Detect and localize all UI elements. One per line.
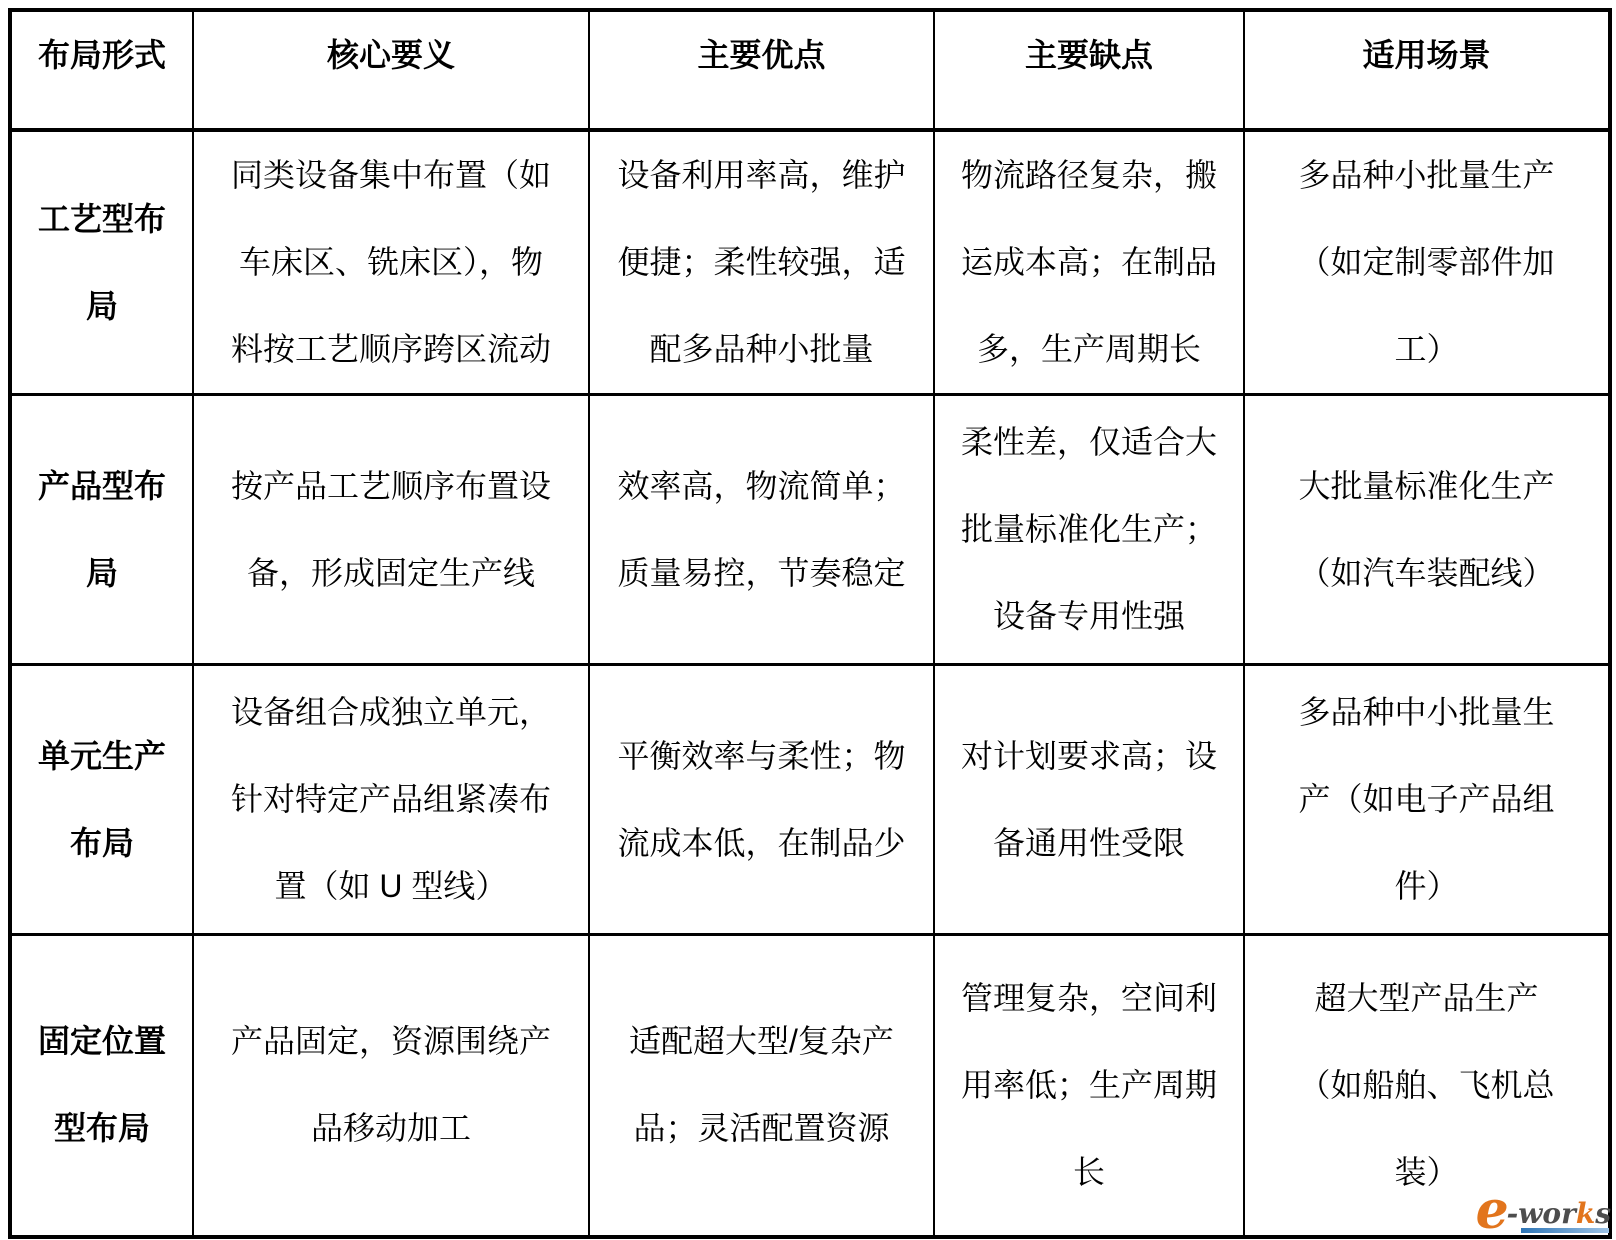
logo-text-wor: -wor (1507, 1197, 1576, 1230)
cell-layout-name: 单元生产布局 (10, 665, 193, 935)
table-row-product-layout: 产品型布局 按产品工艺顺序布置设备，形成固定生产线 效率高，物流简单；质量易控，… (10, 395, 1610, 665)
cell-layout-name: 工艺型布局 (10, 130, 193, 395)
col-header-layout-type: 布局形式 (10, 10, 193, 130)
cell-text: 产品型布局 (32, 443, 173, 617)
cell-text: 设备利用率高，维护便捷；柔性较强，适配多品种小批量 (611, 132, 912, 393)
logo-text-k: k (1576, 1197, 1595, 1230)
eworks-logo-wordmark: -works (1507, 1199, 1611, 1233)
col-header-disadvantages: 主要缺点 (934, 10, 1244, 130)
table-row-process-layout: 工艺型布局 同类设备集中布置（如车床区、铣床区），物料按工艺顺序跨区流动 设备利… (10, 130, 1610, 395)
cell-text: 同类设备集中布置（如车床区、铣床区），物料按工艺顺序跨区流动 (225, 132, 558, 393)
cell-core-essentials: 同类设备集中布置（如车床区、铣床区），物料按工艺顺序跨区流动 (193, 130, 589, 395)
cell-core-essentials: 设备组合成独立单元，针对特定产品组紧凑布置（如 U 型线） (193, 665, 589, 935)
production-layout-comparison-table: 布局形式 核心要义 主要优点 主要缺点 适用场景 工艺型布局 同类设备集中布置（… (8, 8, 1612, 1239)
cell-disadvantages: 对计划要求高；设备通用性受限 (934, 665, 1244, 935)
cell-text: 工艺型布局 (32, 176, 173, 350)
cell-text: 设备组合成独立单元，针对特定产品组紧凑布置（如 U 型线） (225, 669, 558, 930)
cell-scenarios: 大批量标准化生产（如汽车装配线） (1244, 395, 1610, 665)
cell-advantages: 适配超大型/复杂产品；灵活配置资源 (589, 935, 934, 1237)
cell-text: 超大型产品生产（如船舶、飞机总装） (1292, 955, 1561, 1216)
cell-core-essentials: 产品固定，资源围绕产品移动加工 (193, 935, 589, 1237)
cell-text: 多品种中小批量生产（如电子产品组件） (1292, 669, 1561, 930)
cell-core-essentials: 按产品工艺顺序布置设备，形成固定生产线 (193, 395, 589, 665)
cell-disadvantages: 物流路径复杂，搬运成本高；在制品多，生产周期长 (934, 130, 1244, 395)
logo-underline-bar (1521, 1228, 1609, 1233)
cell-layout-name: 固定位置型布局 (10, 935, 193, 1237)
cell-text: 大批量标准化生产（如汽车装配线） (1292, 443, 1561, 617)
cell-text: 产品固定，资源围绕产品移动加工 (225, 998, 558, 1172)
cell-text: 按产品工艺顺序布置设备，形成固定生产线 (225, 443, 558, 617)
cell-text: 物流路径复杂，搬运成本高；在制品多，生产周期长 (955, 132, 1224, 393)
cell-advantages: 效率高，物流简单；质量易控，节奏稳定 (589, 395, 934, 665)
cell-advantages: 平衡效率与柔性；物流成本低，在制品少 (589, 665, 934, 935)
col-header-core-essentials: 核心要义 (193, 10, 589, 130)
cell-text: 对计划要求高；设备通用性受限 (955, 713, 1224, 887)
table-row-fixed-position-layout: 固定位置型布局 产品固定，资源围绕产品移动加工 适配超大型/复杂产品；灵活配置资… (10, 935, 1610, 1237)
eworks-logo: e-works (1476, 1190, 1611, 1233)
header-row: 布局形式 核心要义 主要优点 主要缺点 适用场景 (10, 10, 1610, 130)
col-header-advantages: 主要优点 (589, 10, 934, 130)
table-row-cell-layout: 单元生产布局 设备组合成独立单元，针对特定产品组紧凑布置（如 U 型线） 平衡效… (10, 665, 1610, 935)
logo-text-s: s (1595, 1197, 1611, 1230)
cell-scenarios: 多品种小批量生产（如定制零部件加工） (1244, 130, 1610, 395)
cell-text: 柔性差，仅适合大批量标准化生产；设备专用性强 (955, 399, 1224, 660)
col-header-scenarios: 适用场景 (1244, 10, 1610, 130)
cell-text: 适配超大型/复杂产品；灵活配置资源 (611, 998, 912, 1172)
eworks-logo-e-glyph: e (1476, 1190, 1507, 1233)
cell-layout-name: 产品型布局 (10, 395, 193, 665)
cell-text: 单元生产布局 (32, 713, 173, 887)
cell-disadvantages: 管理复杂，空间利用率低；生产周期长 (934, 935, 1244, 1237)
cell-text: 固定位置型布局 (32, 998, 173, 1172)
cell-text: 多品种小批量生产（如定制零部件加工） (1292, 132, 1561, 393)
cell-advantages: 设备利用率高，维护便捷；柔性较强，适配多品种小批量 (589, 130, 934, 395)
cell-scenarios: 多品种中小批量生产（如电子产品组件） (1244, 665, 1610, 935)
cell-text: 平衡效率与柔性；物流成本低，在制品少 (611, 713, 912, 887)
cell-text: 效率高，物流简单；质量易控，节奏稳定 (611, 443, 912, 617)
cell-text: 管理复杂，空间利用率低；生产周期长 (955, 955, 1224, 1216)
cell-disadvantages: 柔性差，仅适合大批量标准化生产；设备专用性强 (934, 395, 1244, 665)
